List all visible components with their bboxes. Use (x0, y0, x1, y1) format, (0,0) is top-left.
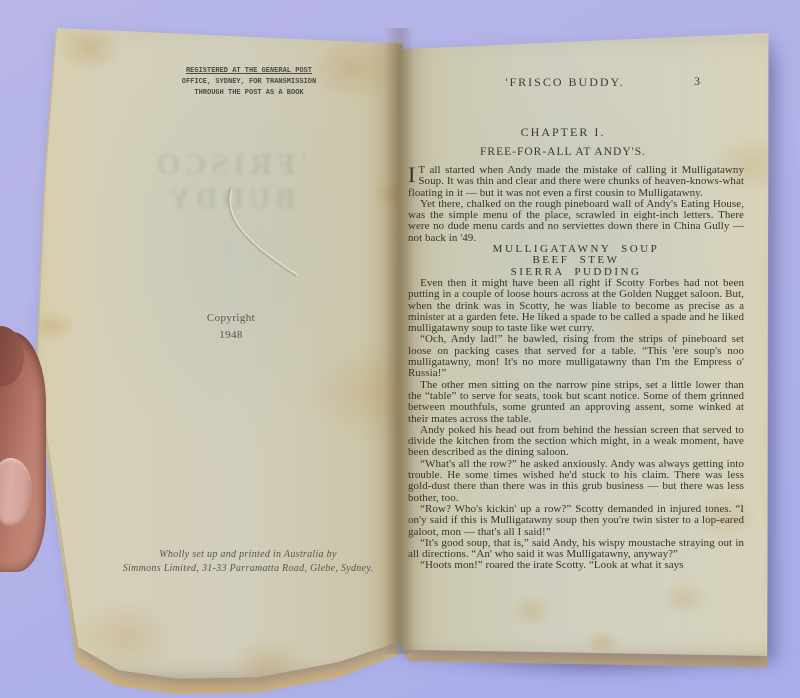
paragraph: IT all started when Andy made the mistak… (408, 165, 744, 199)
paragraph: Andy poked his head out from behind the … (408, 425, 744, 459)
paragraph: “Och, Andy lad!” he bawled, rising from … (408, 334, 744, 379)
paragraph: The other men sitting on the narrow pine… (408, 380, 744, 425)
right-page: 'FRISCO BUDDY. 3 CHAPTER I. FREE-FOR-ALL… (398, 33, 770, 661)
printer-imprint: Wholly set up and printed in Australia b… (78, 548, 418, 576)
imprint-line: Simmons Limited, 31-33 Parramatta Road, … (78, 562, 418, 576)
copyright-year: 1948 (156, 327, 306, 344)
paragraph: Yet there, chalked on the rough pineboar… (408, 199, 744, 244)
left-page-paper: REGISTERED AT THE GENERAL POST OFFICE, S… (38, 22, 404, 684)
drop-cap: I (408, 165, 418, 184)
stamp-line: REGISTERED AT THE GENERAL POST (180, 66, 318, 77)
paragraph: “Row? Who's kickin' up a row?” Scotty de… (408, 504, 744, 538)
chapter-subtitle: FREE-FOR-ALL AT ANDY'S. (398, 146, 728, 158)
paragraph: Even then it might have been all right i… (408, 278, 744, 334)
imprint-line: Wholly set up and printed in Australia b… (78, 548, 418, 562)
page-number: 3 (682, 74, 712, 89)
left-page: REGISTERED AT THE GENERAL POST OFFICE, S… (38, 22, 404, 684)
thumbnail (0, 458, 32, 526)
paragraph: “What's all the row?” he asked anxiously… (408, 459, 744, 504)
paragraph: “Hoots mon!” roared the irate Scotty. “L… (408, 560, 744, 571)
stamp-line: THROUGH THE POST AS A BOOK (180, 88, 318, 99)
stamp-line: OFFICE, SYDNEY, FOR TRANSMISSION (180, 77, 318, 88)
menu-item: BEEF STEW (408, 255, 744, 266)
postal-registration-stamp: REGISTERED AT THE GENERAL POST OFFICE, S… (180, 66, 318, 99)
paragraph-text: T all started when Andy made the mistake… (408, 164, 744, 199)
chapter-heading: CHAPTER I. (398, 125, 728, 140)
photo-of-open-book: REGISTERED AT THE GENERAL POST OFFICE, S… (0, 0, 800, 698)
right-page-paper: 'FRISCO BUDDY. 3 CHAPTER I. FREE-FOR-ALL… (398, 33, 770, 661)
page-crease-mark (220, 184, 310, 284)
body-text: IT all started when Andy made the mistak… (408, 165, 744, 572)
copyright-word: Copyright (156, 310, 306, 327)
thumb (0, 332, 46, 572)
paragraph: “It's good soup, that is,” said Andy, hi… (408, 538, 744, 561)
copyright-notice: Copyright 1948 (156, 310, 306, 344)
